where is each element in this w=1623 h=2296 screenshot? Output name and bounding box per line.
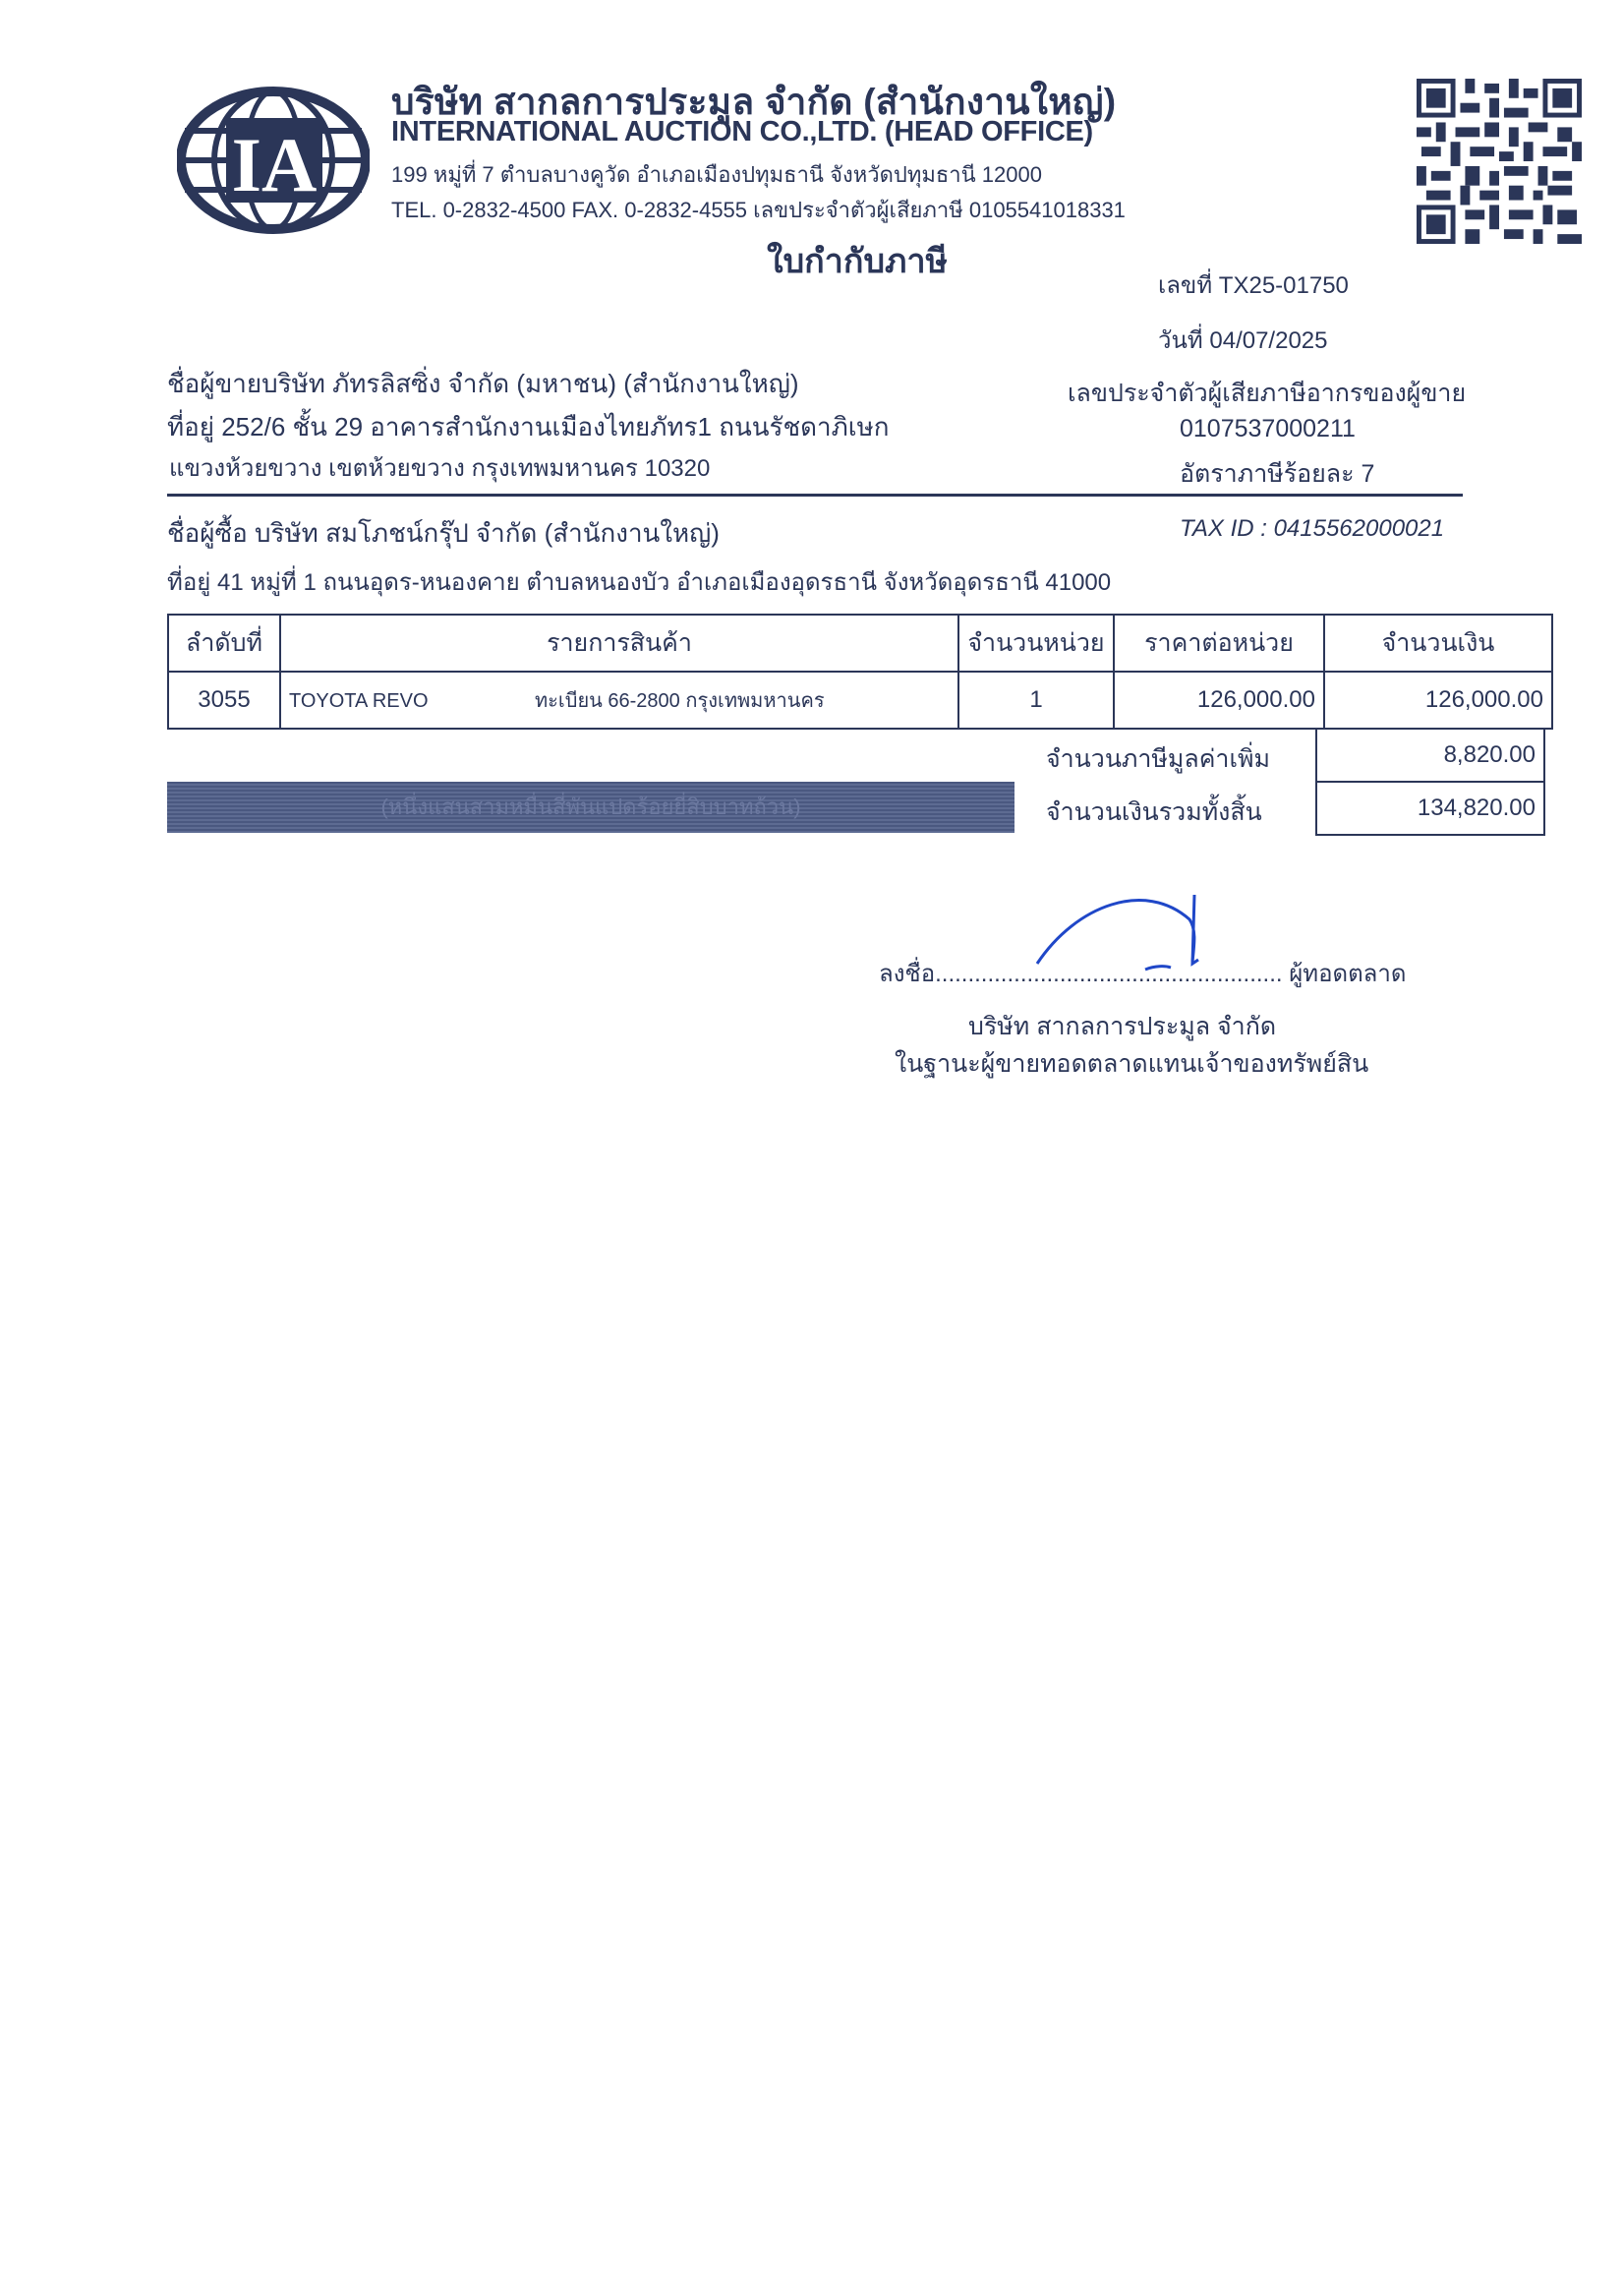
table-header-row: ลำดับที่ รายการสินค้า จำนวนหน่วย ราคาต่อ… [168, 615, 1552, 672]
seller-tax-id-label: เลขประจำตัวผู้เสียภาษีอากรของผู้ขาย [1068, 374, 1466, 413]
document-date: วันที่ 04/07/2025 [1158, 321, 1328, 359]
header-item: รายการสินค้า [280, 615, 958, 672]
cell-seq: 3055 [168, 672, 280, 729]
header-qty: จำนวนหน่วย [958, 615, 1114, 672]
cell-qty: 1 [958, 672, 1114, 729]
svg-text:IA: IA [232, 122, 318, 207]
issuer-name-en: INTERNATIONAL AUCTION CO.,LTD. (HEAD OFF… [391, 116, 1093, 148]
grand-total-row: 134,820.00 [1316, 782, 1544, 835]
issuer-address: 199 หมู่ที่ 7 ตำบลบางคูวัด อำเภอเมืองปทุ… [391, 157, 1042, 192]
seller-address-line2: แขวงห้วยขวาง เขตห้วยขวาง กรุงเทพมหานคร 1… [169, 448, 710, 487]
signature-capacity: ในฐานะผู้ขายทอดตลาดแทนเจ้าของทรัพย์สิน [895, 1044, 1368, 1084]
buyer-address: ที่อยู่ 41 หมู่ที่ 1 ถนนอุดร-หนองคาย ตำบ… [167, 562, 1111, 601]
section-divider [167, 494, 1463, 497]
vat-label: จำนวนภาษีมูลค่าเพิ่ม [1046, 739, 1270, 779]
buyer-tax-id: TAX ID : 0415562000021 [1180, 515, 1444, 543]
seller-address-line1: ที่อยู่ 252/6 ชั้น 29 อาคารสำนักงานเมือง… [167, 407, 890, 447]
company-logo: IA [177, 87, 370, 234]
seller-name: ชื่อผู้ขายบริษัท ภัทรลิสซิ่ง จำกัด (มหาช… [167, 364, 799, 404]
header-seq: ลำดับที่ [168, 615, 280, 672]
vat-row: 8,820.00 [1316, 729, 1544, 782]
header-amount: จำนวนเงิน [1324, 615, 1552, 672]
document-title: ใบกำกับภาษี [767, 234, 948, 287]
vat-rate: อัตราภาษีร้อยละ 7 [1180, 454, 1374, 494]
seller-tax-id: 0107537000211 [1180, 415, 1356, 443]
item-name: TOYOTA REVO [289, 690, 535, 713]
header-unit-price: ราคาต่อหน่วย [1114, 615, 1324, 672]
grand-total-amount: 134,820.00 [1316, 782, 1544, 835]
cell-item: TOYOTA REVOทะเบียน 66-2800 กรุงเทพมหานคร [280, 672, 958, 729]
vat-amount: 8,820.00 [1316, 729, 1544, 782]
issuer-contact: TEL. 0-2832-4500 FAX. 0-2832-4555 เลขประ… [391, 193, 1126, 227]
signature-line: ลงชื่อ..................................… [879, 954, 1406, 992]
ia-globe-logo-icon: IA [177, 87, 370, 234]
totals-table: 8,820.00 134,820.00 [1315, 728, 1545, 836]
cell-unit-price: 126,000.00 [1114, 672, 1324, 729]
signature-company: บริษัท สากลการประมูล จำกัด [968, 1007, 1276, 1046]
item-registration: ทะเบียน 66-2800 กรุงเทพมหานคร [535, 690, 825, 712]
table-row: 3055 TOYOTA REVOทะเบียน 66-2800 กรุงเทพม… [168, 672, 1552, 729]
document-number: เลขที่ TX25-01750 [1158, 265, 1349, 304]
buyer-name: ชื่อผู้ซื้อ บริษัท สมโภชน์กรุ๊ป จำกัด (ส… [167, 513, 720, 554]
grand-total-label: จำนวนเงินรวมทั้งสิ้น [1046, 793, 1262, 832]
qr-code [1416, 79, 1583, 244]
items-table: ลำดับที่ รายการสินค้า จำนวนหน่วย ราคาต่อ… [167, 614, 1553, 730]
qr-code-icon [1416, 79, 1583, 244]
cell-amount: 126,000.00 [1324, 672, 1552, 729]
amount-in-words-bar: (หนึ่งแสนสามหมื่นสี่พันแปดร้อยยี่สิบบาทถ… [167, 782, 1014, 833]
